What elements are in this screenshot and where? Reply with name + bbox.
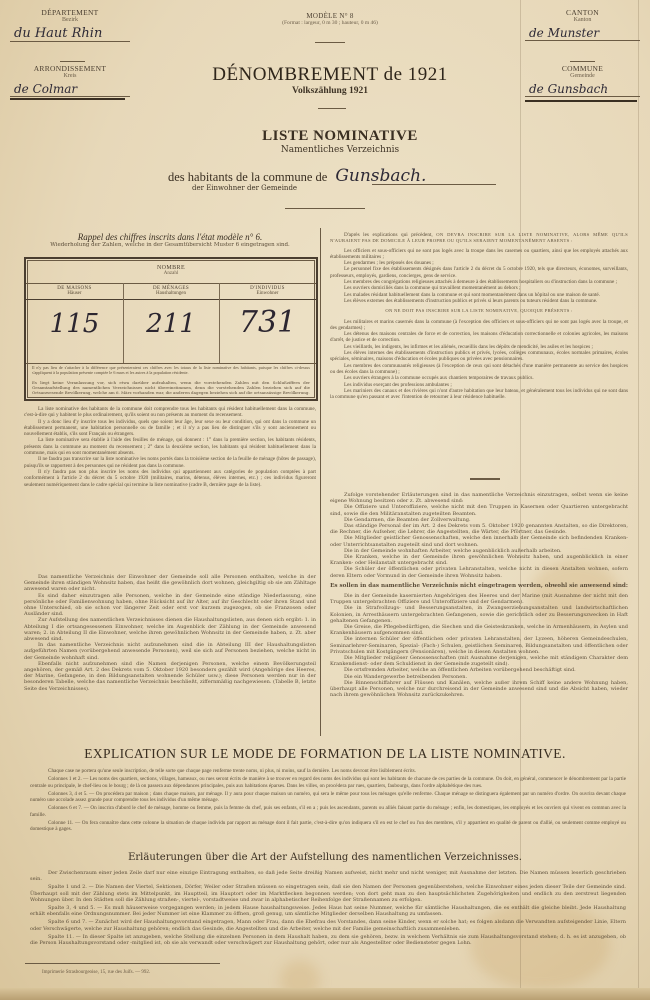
canton-label-de: Kanton	[525, 17, 640, 23]
paragraph: Colonnes 6 et 7. — On inscrira d'abord l…	[30, 805, 626, 818]
paragraph: Colonne 11. — On fera connaître dans cet…	[30, 820, 626, 833]
column-separator	[320, 228, 321, 736]
paragraph: Le personnel fixe des établissements dés…	[330, 266, 628, 279]
rappel-title-de: Wiederholung der Zahlen, welche in der G…	[30, 242, 310, 248]
divider	[470, 478, 500, 480]
col-individus-header: D'INDIVIDUS Einwohner	[219, 286, 316, 296]
underline	[372, 184, 496, 185]
explication-body: Chaque case ne portera qu'une seule insc…	[30, 768, 626, 835]
footer-rule	[25, 963, 220, 964]
departement-label-de: Bezirk	[10, 17, 130, 23]
commune-value: de Gunsbach	[525, 82, 640, 97]
page-subtitle: Volkszählung 1921	[170, 86, 490, 96]
census-form-page: DÉPARTEMENT Bezirk du Haut Rhin ARRONDIS…	[0, 0, 650, 1000]
paragraph: Zur Aufstellung des namentlichen Verzeic…	[24, 617, 316, 642]
model-number: MODÈLE N° 8	[200, 12, 460, 20]
individus-count: 731	[219, 305, 316, 340]
col-maisons-label-de: Häuser	[26, 291, 123, 296]
paragraph: Ebenfalls nicht aufzunehmen sind die Nam…	[24, 661, 316, 692]
col-individus-label-de: Einwohner	[219, 291, 316, 296]
col-maisons-header: DE MAISONS Häuser	[26, 286, 123, 296]
paragraph: Spalte 1 und 2. — Die Namen der Viertel,…	[30, 884, 626, 903]
paragraph: Die Offiziere und Unteroffiziere, welche…	[330, 504, 628, 516]
paragraph: Der Zwischenraum einer jeden Zeile darf …	[30, 870, 626, 882]
commune-line-label: des habitants de la commune de	[168, 170, 327, 184]
paragraph: Chaque case ne portera qu'une seule insc…	[30, 768, 626, 774]
col-menages-label-de: Haushaltungen	[123, 291, 219, 296]
de-exclude-heading: Es sollen in das namentliche Verzeichnis…	[330, 583, 628, 589]
paragraph: Il n'y faudra pas non plus inscrire les …	[24, 469, 316, 488]
commune-handwritten: Gunsbach.	[335, 166, 426, 186]
divider	[60, 61, 85, 62]
liste-title-de: Namentliches Verzeichnis	[180, 145, 500, 155]
divider	[26, 299, 316, 300]
divider	[315, 42, 345, 43]
exclude-heading: ON NE DOIT PAS INSCRIRE SUR LA LISTE NOM…	[330, 308, 628, 314]
right-instructions-fr: D'après les explications qui précèdent, …	[330, 232, 628, 400]
departement-value: du Haut Rhin	[10, 26, 130, 42]
arrondissement-value: de Colmar	[10, 82, 130, 97]
commune-label-de: Gemeinde	[525, 73, 640, 79]
canton-label: CANTON	[525, 8, 640, 17]
arrondissement-label: ARRONDISSEMENT	[10, 64, 130, 73]
paragraph: Les militaires et marins casernés dans l…	[330, 319, 628, 332]
menages-count: 211	[123, 309, 219, 339]
rappel-title-block: Rappel des chiffres inscrits dans l'état…	[30, 232, 310, 248]
model-format: (Format : largeur, 0 m 30 ; hauteur, 0 m…	[200, 20, 460, 26]
right-instructions-de: Zufolge vorstehender Erläuterungen sind …	[330, 492, 628, 699]
paragraph: Il y a donc lieu d'y inscrire tous les i…	[24, 419, 316, 438]
paragraph: Les mariniers des canaux et des rivières…	[330, 388, 628, 401]
col-menages-header: DE MÉNAGES Haushaltungen	[123, 286, 219, 296]
paragraph: Das namentliche Verzeichnis der Einwohne…	[24, 574, 316, 593]
paragraph: Die internen Schüler der öffentlichen od…	[330, 636, 628, 655]
paragraph: Die Binnenschiffahrer auf Flüssen und Ka…	[330, 680, 628, 699]
paragraph: Les détenus des maisons centrales de for…	[330, 331, 628, 344]
canton-value: de Munster	[525, 26, 640, 41]
paragraph: Spalte 3, 4 und 5. — Es muß häuserweise …	[30, 905, 626, 917]
paragraph: Die in der Gemeinde kasernierten Angehör…	[330, 593, 628, 605]
intro-paragraph: D'après les explications qui précèdent, …	[330, 232, 628, 245]
model-block: MODÈLE N° 8 (Format : largeur, 0 m 30 ; …	[200, 12, 460, 26]
paragraph: In das namentliche Verzeichnis nicht auf…	[24, 642, 316, 661]
departement-block: DÉPARTEMENT Bezirk du Haut Rhin	[10, 8, 130, 42]
fold-line	[638, 0, 639, 1000]
paragraph: Das ständige Personal der im Art. 2 des …	[330, 523, 628, 535]
divider	[10, 98, 125, 100]
paragraph: Es sind daher einzutragen alle Personen,…	[24, 593, 316, 618]
divider	[26, 363, 316, 364]
paragraph: Les membres des communautés religieuses …	[330, 363, 628, 376]
nombre-header: NOMBRE Anzahl	[26, 265, 316, 276]
explication-title: EXPLICATION SUR LE MODE DE FORMATION DE …	[20, 746, 630, 762]
rappel-note-de: Es liegt keine Veranlassung vor, sich et…	[32, 381, 310, 395]
arrondissement-block: ARRONDISSEMENT Kreis de Colmar	[10, 64, 130, 97]
commune-block: COMMUNE Gemeinde de Gunsbach	[525, 64, 640, 97]
liste-title-block: LISTE NOMINATIVE Namentliches Verzeichni…	[180, 128, 500, 155]
rappel-note-fr: Il n'y pas lieu de s'attacher à la diffé…	[32, 365, 310, 375]
departement-label: DÉPARTEMENT	[10, 8, 130, 17]
page-title: DÉNOMBREMENT de 1921	[170, 64, 490, 86]
title-block: DÉNOMBREMENT de 1921 Volkszählung 1921	[170, 64, 490, 96]
commune-line-de: der Einwohner der Gemeinde	[180, 184, 352, 192]
erlaeuterungen-body: Der Zwischenraum einer jeden Zeile darf …	[30, 870, 626, 948]
left-instructions-fr: La liste nominative des habitants de la …	[24, 406, 316, 488]
divider	[26, 283, 316, 284]
paragraph: Les officiers et sous-officiers qui ne s…	[330, 248, 628, 261]
divider	[525, 100, 637, 102]
page-bottom-edge	[0, 988, 650, 1000]
paragraph: Colonnes 1 et 2. — Les noms des quartier…	[30, 776, 626, 789]
rappel-title: Rappel des chiffres inscrits dans l'état…	[30, 232, 310, 242]
nombre-label-de: Anzahl	[26, 271, 316, 276]
commune-label: COMMUNE	[525, 64, 640, 73]
paragraph: Colonnes 3, 4 et 5. — On procédera par m…	[30, 791, 626, 804]
paragraph: Die Greise, die Pflegebedürftigen, die S…	[330, 624, 628, 636]
rappel-table: NOMBRE Anzahl DE MAISONS Häuser DE MÉNAG…	[24, 257, 318, 401]
paragraph: Die Schüler der öffentlichen oder privat…	[330, 566, 628, 578]
paragraph: Zufolge vorstehender Erläuterungen sind …	[330, 492, 628, 504]
canton-block: CANTON Kanton de Munster	[525, 8, 640, 41]
paragraph: Il ne faudra pas transcrire sur la liste…	[24, 456, 316, 469]
paragraph: Die Mitglieder geistlicher Genossenschaf…	[330, 535, 628, 547]
erlaeuterungen-title: Erläuterungen über die Art der Aufstellu…	[20, 852, 630, 863]
left-instructions-de: Das namentliche Verzeichnis der Einwohne…	[24, 574, 316, 692]
paragraph: Die Mitglieder religiöser Genossenschaft…	[330, 655, 628, 667]
liste-title: LISTE NOMINATIVE	[180, 128, 500, 145]
paragraph: Die Kranken, welche in der Gemeinde ihre…	[330, 554, 628, 566]
arrondissement-label-de: Kreis	[10, 73, 130, 79]
paragraph: Les élèves internes des établissements d…	[330, 350, 628, 363]
paragraph: Die in Strafvollzugs- und Besserungsanst…	[330, 605, 628, 624]
paragraph: Les élèves externes des établissements d…	[330, 298, 628, 304]
printer-imprint: Imprimerie Strasbourgeoise, 15, rue des …	[42, 970, 302, 975]
divider	[318, 108, 346, 109]
paragraph: Spalte 6 und 7. — Zunächst wird der Haus…	[30, 919, 626, 931]
paragraph: La liste nominative des habitants de la …	[24, 406, 316, 419]
divider	[570, 61, 595, 62]
paragraph: La liste nominative sera établie à l'aid…	[24, 437, 316, 456]
paragraph: Spalte 11. — In dieser Spalte ist anzuge…	[30, 934, 626, 946]
commune-line: des habitants de la commune de Gunsbach.	[168, 166, 498, 186]
maisons-count: 115	[26, 309, 123, 339]
intro-text: D'après les explications qui précèdent,	[344, 232, 433, 238]
divider	[285, 208, 365, 209]
